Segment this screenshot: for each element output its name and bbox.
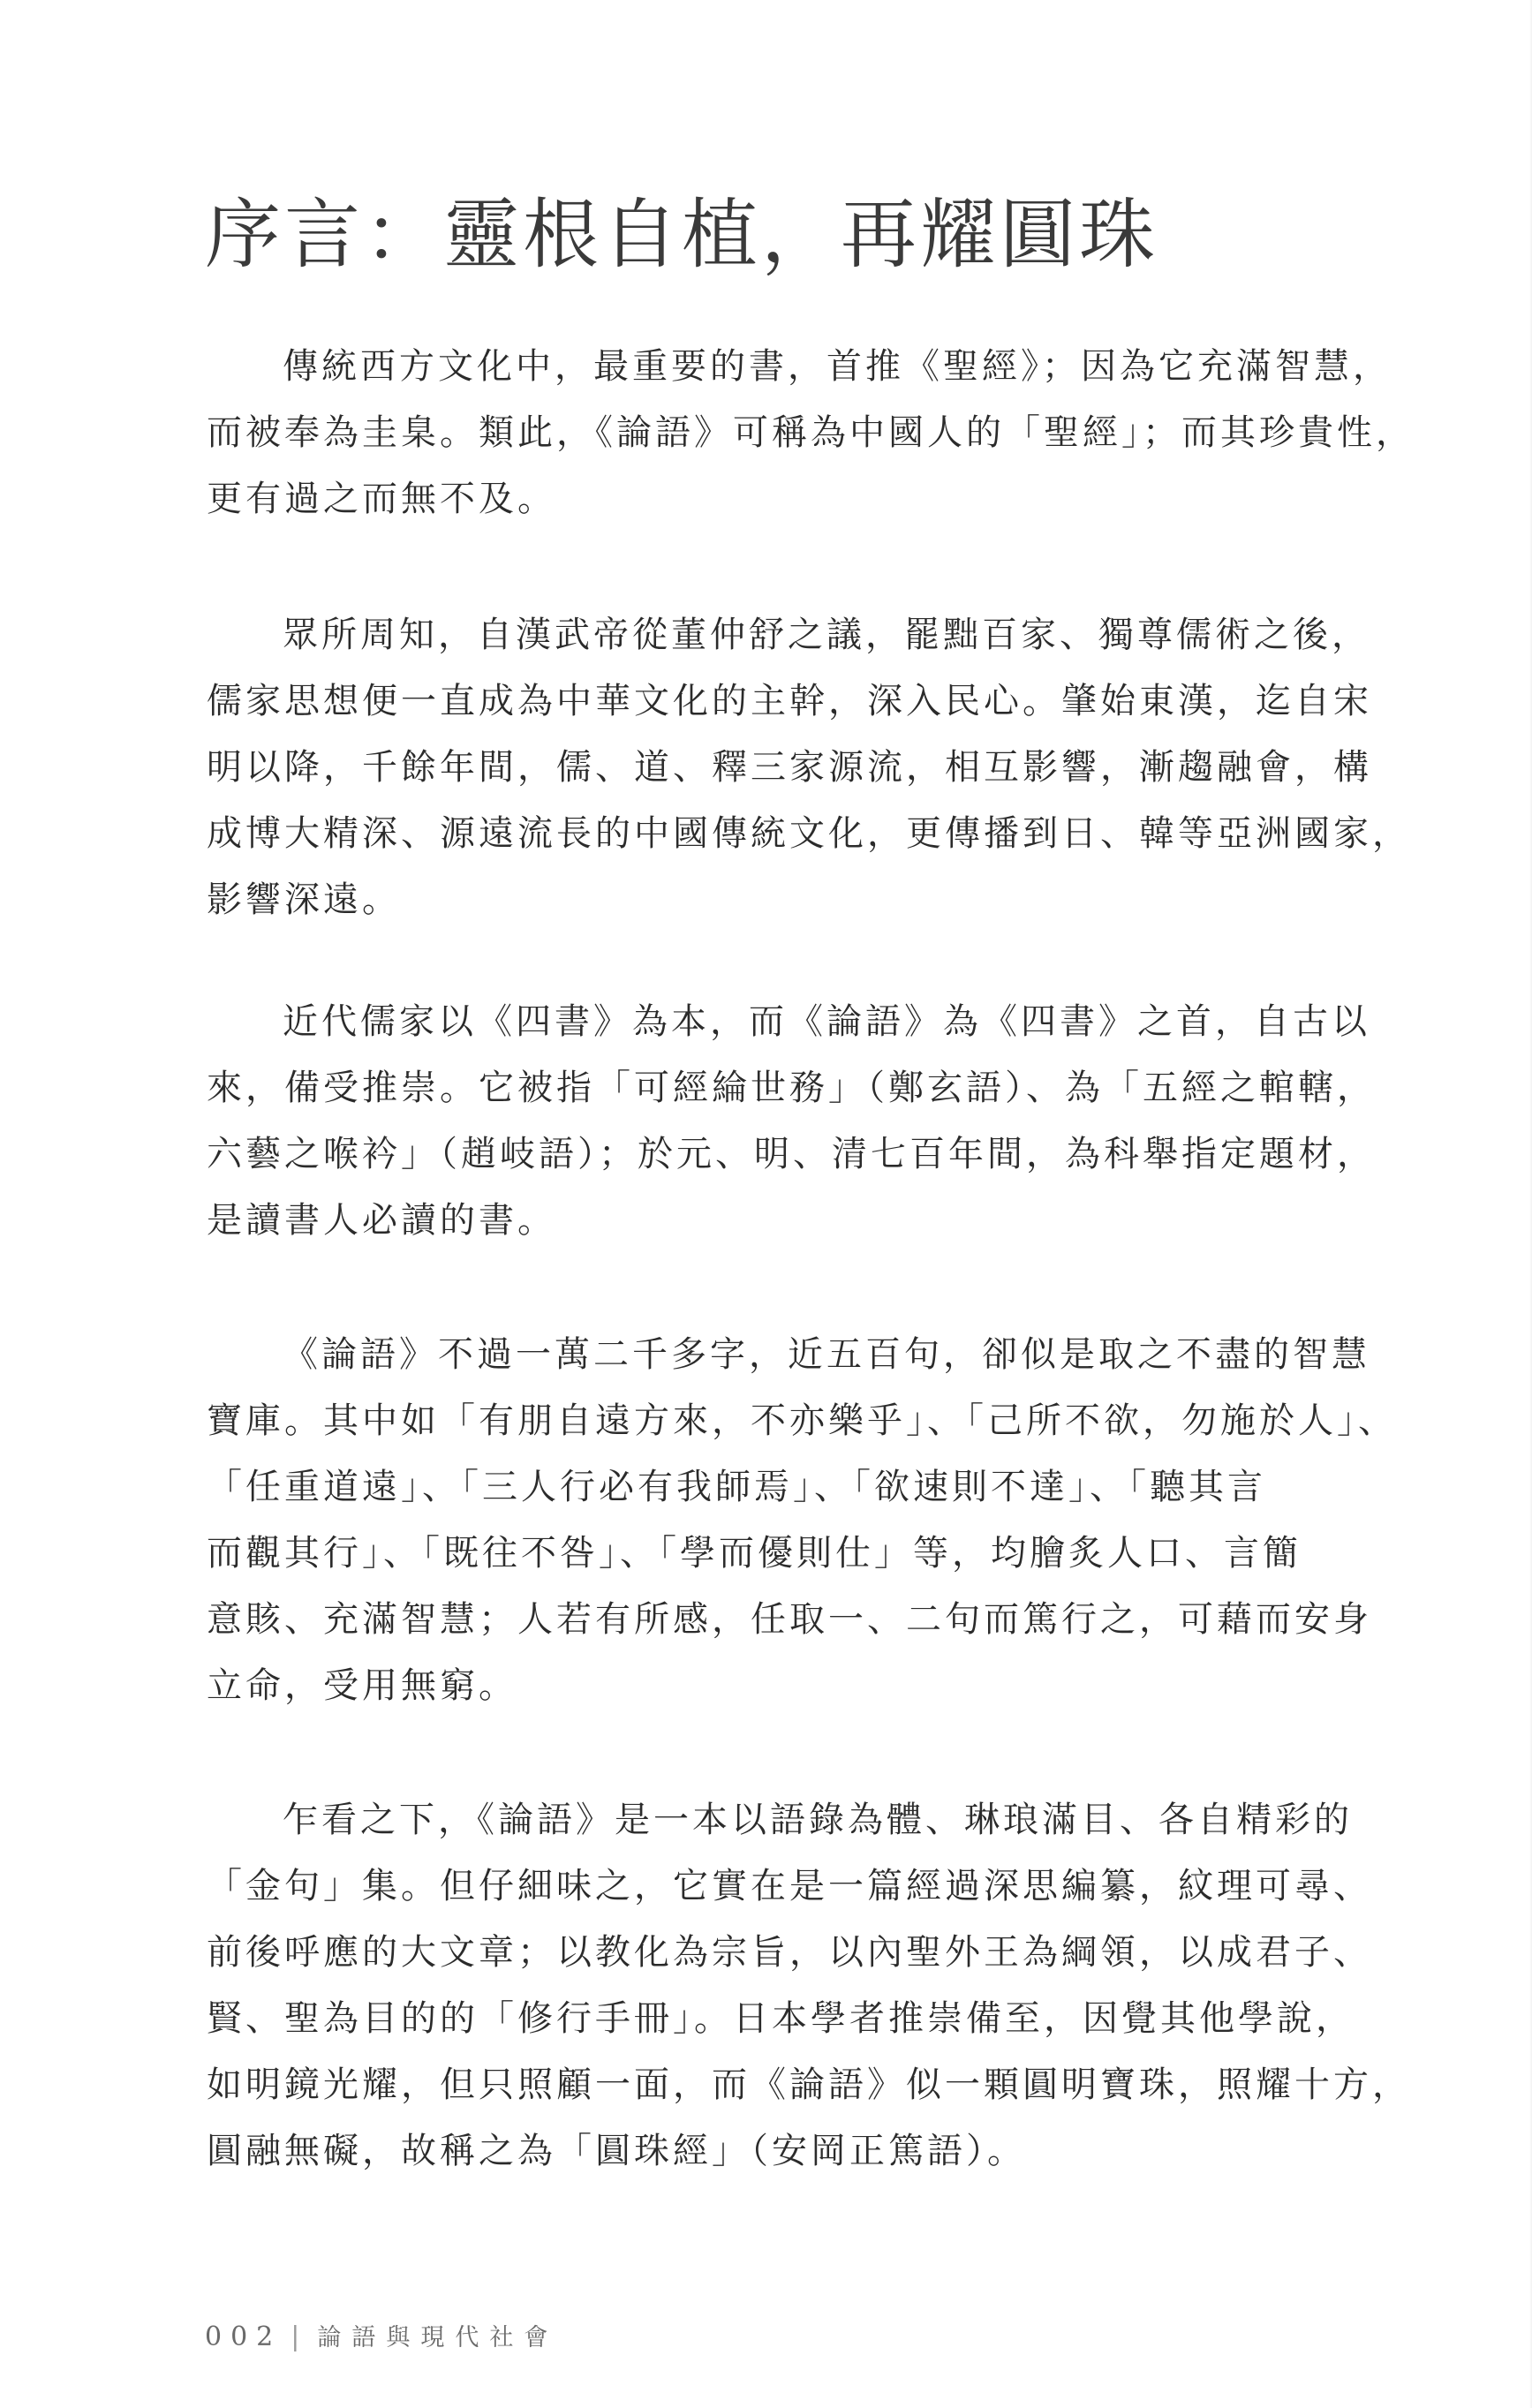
text-line: 「金句」集。但仔細味之，它實在是一篇經過深思編纂，紋理可尋、 [207,1853,1372,1920]
text-line: 更有過之而無不及。 [207,466,1372,532]
page-footer: 002|論語與現代社會 [205,2318,558,2352]
text-line: 寶庫。其中如「有朋自遠方來，不亦樂乎」、「己所不欲，勿施於人」、 [207,1388,1372,1454]
text-line: 六藝之喉衿」（趙岐語）；於元、明、清七百年間，為科舉指定題材， [207,1121,1372,1188]
text-line: 賢、聖為目的的「修行手冊」。日本學者推崇備至，因覺其他學說， [207,1986,1372,2052]
paragraph-5: 乍看之下，《論語》是一本以語錄為體、琳琅滿目、各自精彩的 「金句」集。但仔細味之… [207,1787,1372,2185]
text-line: 明以降，千餘年間，儒、道、釋三家源流，相互影響，漸趨融會，構 [207,735,1372,801]
text-line: 是讀書人必讀的書。 [207,1188,1372,1254]
text-line: 《論語》不過一萬二千多字，近五百句，卻似是取之不盡的智慧 [207,1322,1372,1388]
text-line: 如明鏡光耀，但只照顧一面，而《論語》似一顆圓明寶珠，照耀十方， [207,2052,1372,2118]
text-line: 而被奉為圭臬。類此，《論語》可稱為中國人的「聖經」；而其珍貴性， [207,400,1372,466]
text-line: 前後呼應的大文章；以教化為宗旨，以內聖外王為綱領，以成君子、 [207,1920,1372,1986]
text-line: 來，備受推崇。它被指「可經綸世務」（鄭玄語）、為「五經之輨轄， [207,1055,1372,1121]
paragraph-1: 傳統西方文化中，最重要的書，首推《聖經》；因為它充滿智慧， 而被奉為圭臬。類此，… [207,334,1372,532]
book-page: 序言：靈根自植，再耀圓珠 傳統西方文化中，最重要的書，首推《聖經》；因為它充滿智… [0,0,1532,2408]
text-line: 意賅、充滿智慧；人若有所感，任取一、二句而篤行之，可藉而安身 [207,1587,1372,1653]
paragraph-3: 近代儒家以《四書》為本，而《論語》為《四書》之首，自古以 來，備受推崇。它被指「… [207,989,1372,1254]
text-line: 而觀其行」、「既往不咎」、「學而優則仕」等，均膾炙人口、言簡 [207,1521,1372,1587]
text-line: 影響深遠。 [207,867,1372,933]
page-title: 序言：靈根自植，再耀圓珠 [205,191,1158,279]
text-line: 儒家思想便一直成為中華文化的主幹，深入民心。肇始東漢，迄自宋 [207,668,1372,735]
paragraph-2: 眾所周知，自漢武帝從董仲舒之議，罷黜百家、獨尊儒術之後， 儒家思想便一直成為中華… [207,602,1372,933]
text-line: 圓融無礙，故稱之為「圓珠經」（安岡正篤語）。 [207,2118,1372,2185]
footer-separator: | [291,2321,308,2352]
running-title: 論語與現代社會 [317,2324,558,2351]
text-line: 立命，受用無窮。 [207,1653,1372,1719]
paragraph-4: 《論語》不過一萬二千多字，近五百句，卻似是取之不盡的智慧 寶庫。其中如「有朋自遠… [207,1322,1372,1719]
text-line: 成博大精深、源遠流長的中國傳統文化，更傳播到日、韓等亞洲國家， [207,801,1372,867]
page-number: 002 [205,2321,282,2352]
text-line: 眾所周知，自漢武帝從董仲舒之議，罷黜百家、獨尊儒術之後， [207,602,1372,668]
text-line: 近代儒家以《四書》為本，而《論語》為《四書》之首，自古以 [207,989,1372,1055]
text-line: 「任重道遠」、「三人行必有我師焉」、「欲速則不達」、「聽其言 [207,1454,1372,1521]
text-line: 傳統西方文化中，最重要的書，首推《聖經》；因為它充滿智慧， [207,334,1372,400]
text-line: 乍看之下，《論語》是一本以語錄為體、琳琅滿目、各自精彩的 [207,1787,1372,1853]
